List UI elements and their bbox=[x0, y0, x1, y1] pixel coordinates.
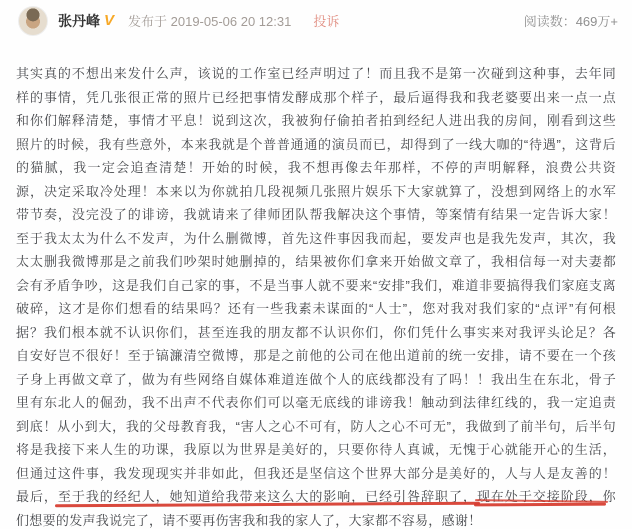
post-line: 破碎，这才是你们想看的结果吗？还有一些我素未谋面的“人士”，您对我对我们家的“点… bbox=[16, 297, 616, 321]
post-line: 会有矛盾争吵，这是我们自己家的事，不是当事人就不要来“安排”我们，难道非要搞得我… bbox=[16, 274, 616, 298]
post-line: 但通过这件事，我发现现实并非如此，但我还是坚信这个世界大部分是美好的，人与人是友… bbox=[16, 462, 616, 486]
publish-time: 发布于 2019-05-06 20 12:31 bbox=[128, 11, 291, 30]
complaint-link[interactable]: 投诉 bbox=[313, 11, 339, 30]
read-count: 阅读数：469万+ bbox=[524, 11, 618, 30]
post-line: 带节奏，没完没了的诽谤，我就请来了律师团队帮我解决这个事情，等案情有结果一定告诉… bbox=[16, 203, 616, 227]
post-line: 们想要的发声我说完了，请不要再伤害我和我的家人了，大家都不容易，感谢！ bbox=[16, 509, 616, 529]
post-line: 里有东北人的倔劲，我不出声不代表你们可以毫无底线的诽谤我！触动到法律红线的，我一… bbox=[16, 391, 616, 415]
post-line: 和你们解释清楚，事情才平息！说到这次，我被狗仔偷拍者拍到经纪人进出我的房间，刚看… bbox=[16, 109, 616, 133]
post-line: 太太删我微博那是之前我们吵架时她删掉的，结果被你们拿来开始做文章了，我相信每一对… bbox=[16, 250, 616, 274]
username[interactable]: 张丹峰 bbox=[58, 11, 100, 31]
post-line: 到底！从小到大，我的父母教育我，“害人之心不可有，防人之心不可无”，我做到了前半… bbox=[16, 415, 616, 439]
red-underlined-text: 现在处于交接阶段， bbox=[477, 489, 603, 504]
verified-v-icon: V bbox=[104, 12, 114, 29]
post-text-segment: 最后， bbox=[16, 489, 58, 504]
red-underlined-text: 至于我的经纪人，她知道给我带来这么大的影响，已经引咎辞职了， bbox=[58, 489, 477, 504]
read-count-value: 469万+ bbox=[576, 14, 618, 29]
read-count-label: 阅读数： bbox=[524, 14, 576, 29]
post-line: 自安好岂不很好！至于镐濂清空微博，那是之前他的公司在他出道前的统一安排，请不要在… bbox=[16, 344, 616, 368]
post-line: 其实真的不想出来发什么声，该说的工作室已经声明过了！而且我不是第一次碰到这种事，… bbox=[16, 62, 616, 86]
post-line: 最后，至于我的经纪人，她知道给我带来这么大的影响，已经引咎辞职了，现在处于交接阶… bbox=[16, 485, 616, 509]
post-line: 的猫腻，我一定会追查清楚！开始的时候，我不想再像去年那样，不停的声明解释，浪费公… bbox=[16, 156, 616, 180]
post-line: 样的事情，凭几张很正常的照片已经把事情发酵成那个样子，最后逼得我和我老婆要出来一… bbox=[16, 86, 616, 110]
post-line: 源，决定采取冷处理！本来以为你就拍几段视频几张照片娱乐下大家就算了，没想到网络上… bbox=[16, 180, 616, 204]
post-body: 其实真的不想出来发什么声，该说的工作室已经声明过了！而且我不是第一次碰到这种事，… bbox=[0, 62, 632, 529]
post-header: 张丹峰 V 发布于 2019-05-06 20 12:31 投诉 阅读数：469… bbox=[0, 0, 632, 36]
post-line: 将是我接下来人生的功课，我原以为世界是美好的，只要你待人真诚，无愧于心就能开心的… bbox=[16, 438, 616, 462]
post-line: 据？我们根本就不认识你们，甚至连我的朋友都不认识你们，你们凭什么事实来对我评头论… bbox=[16, 321, 616, 345]
post-line: 子身上再做文章了，做为有些网络自媒体难道连做个人的底线都没有了吗！！我出生在东北… bbox=[16, 368, 616, 392]
avatar[interactable] bbox=[18, 6, 48, 36]
post-line: 至于我太太为什么不发声，为什么删微博，首先这件事因我而起，要发声也是我先发声，其… bbox=[16, 227, 616, 251]
post-line: 照片的时候，我有些意外，本来我就是个普普通通的演员而已，却得到了一线大咖的“待遇… bbox=[16, 133, 616, 157]
